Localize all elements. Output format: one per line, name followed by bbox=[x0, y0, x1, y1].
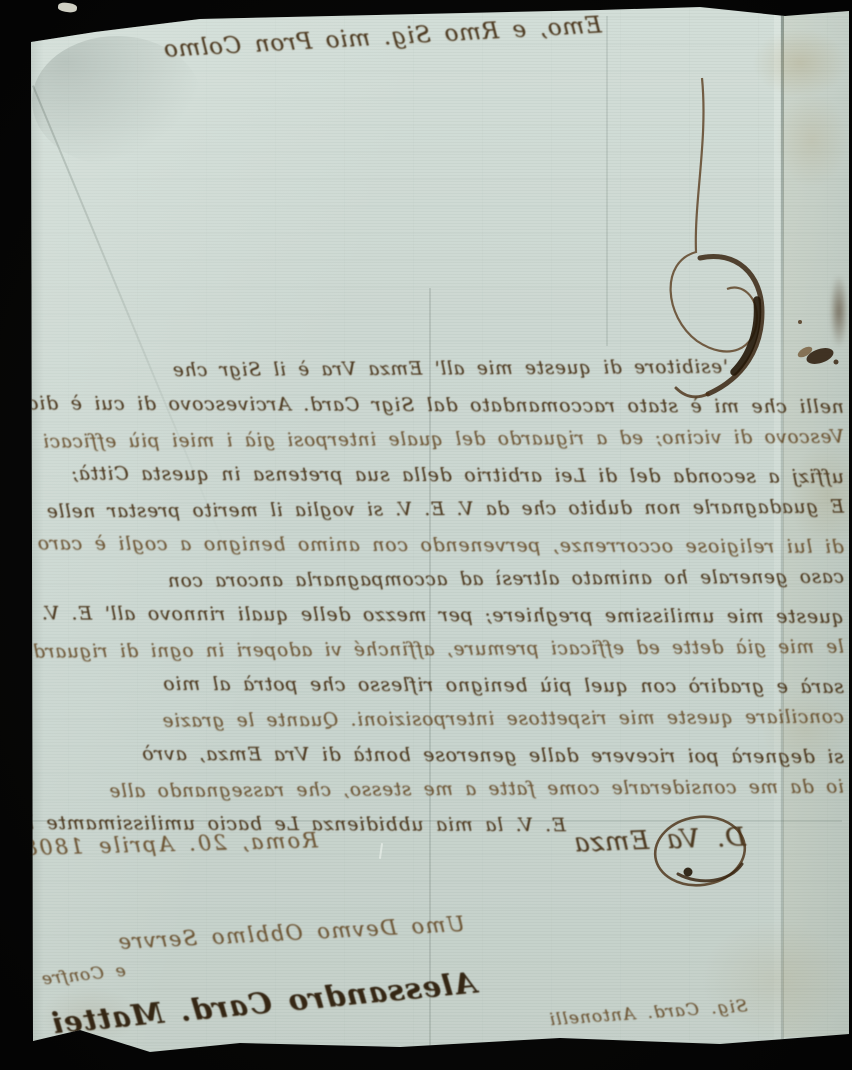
body-line: conciliare queste mie rispettose interpo… bbox=[28, 707, 844, 733]
body-line: queste mie umilissime preghiere; per mez… bbox=[28, 602, 844, 628]
body-line: di lui religiose occorrenze, pervenendo … bbox=[28, 532, 844, 558]
body-line: si degnerà poi ricevere dalle generose b… bbox=[28, 742, 844, 768]
initial-flourish bbox=[671, 78, 762, 397]
body-line: io da me considerarle come fatte a me st… bbox=[28, 777, 844, 803]
body-line: Vescovo di vicino; ed a riguardo del qua… bbox=[28, 427, 844, 453]
paper-chip bbox=[58, 2, 78, 13]
body-line: nelli che mi è stato raccomandato dal Si… bbox=[28, 392, 844, 418]
signature-name: Alessandro Card. Mattei bbox=[131, 966, 478, 1033]
foxing-stain bbox=[700, 920, 850, 1040]
addressee-note: Sig. Card. Antonelli bbox=[468, 996, 749, 1035]
foxing-stain bbox=[752, 28, 848, 98]
letter-body: 'esibitore di queste mie all' Emza Vra è… bbox=[28, 352, 844, 857]
body-line: E guadagnarle non dubito che da V. E. V.… bbox=[28, 497, 844, 523]
body-line: uffizj a seconda del di Lei arbitrio del… bbox=[28, 462, 844, 488]
body-line: le mie già dette ed efficaci premure, af… bbox=[28, 637, 844, 663]
body-line: caso generale ho animato altresì ad acco… bbox=[28, 567, 844, 593]
body-line: sarà e gradirò con quel più benigno rifl… bbox=[28, 672, 844, 698]
faint-fold-crease bbox=[606, 16, 608, 346]
scanned-letter-page: Emo, e Rmo Sig. mio Pron Colmo 'esibitor… bbox=[0, 0, 852, 1070]
paper-sheet: Emo, e Rmo Sig. mio Pron Colmo 'esibitor… bbox=[0, 0, 852, 1070]
foxing-stain bbox=[775, 92, 849, 188]
signature-closing: Umo Devmo Obblmo Servre bbox=[150, 912, 466, 952]
body-line: 'esibitore di queste mie all' Emza Vra è… bbox=[280, 357, 728, 381]
ink-smudge-edge bbox=[830, 276, 848, 346]
salutation-line: Emo, e Rmo Sig. mio Pron Colmo bbox=[182, 12, 603, 61]
